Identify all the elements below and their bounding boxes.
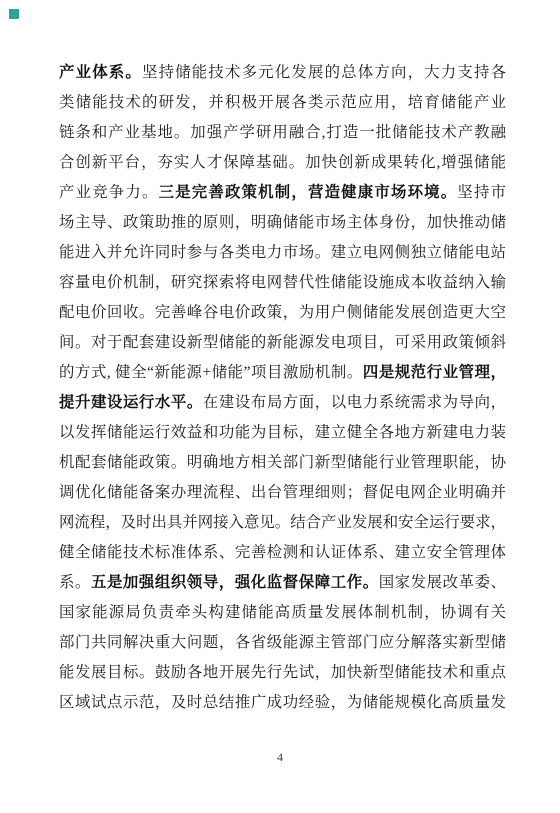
text-line: 提升建设运行水平。在建设布局方面，以电力系统需求为导向， xyxy=(59,388,506,418)
corner-mark xyxy=(9,9,19,19)
text-segment: 区域试点示范，及时总结推广成功经验，为储能规模化高质量发 xyxy=(59,694,506,711)
text-line: 机配套储能政策。明确地方相关部门新型储能行业管理职能，协 xyxy=(59,448,506,478)
text-segment: 的方式, 健全“新能源+储能”项目激励机制。 xyxy=(59,364,363,381)
text-segment: 在建设布局方面，以电力系统需求为导向， xyxy=(203,394,506,411)
text-segment: 配电价回收。完善峰谷电价政策，为用户侧储能发展创造更大空 xyxy=(59,304,506,321)
text-line: 区域试点示范，及时总结推广成功经验，为储能规模化高质量发 xyxy=(59,688,506,718)
text-segment: 类储能技术的研发，并积极开展各类示范应用，培育储能产业 xyxy=(59,94,506,111)
text-segment: 健全储能技术标准体系、完善检测和认证体系、建立安全管理体 xyxy=(59,544,506,561)
text-segment: 合创新平台，夯实人才保障基础。加快创新成果转化,增强储能 xyxy=(59,154,506,171)
text-line: 合创新平台，夯实人才保障基础。加快创新成果转化,增强储能 xyxy=(59,148,506,178)
text-segment: 国家能源局负责牵头构建储能高质量发展体制机制，协调有关 xyxy=(59,604,506,621)
text-segment-bold: 产业体系。 xyxy=(59,64,142,81)
text-segment-bold: 五是加强组织领导，强化监督保障工作。 xyxy=(91,574,379,591)
text-segment: 坚持储能技术多元化发展的总体方向，大力支持各 xyxy=(142,64,506,81)
text-line: 间。对于配套建设新型储能的新能源发电项目，可采用政策倾斜 xyxy=(59,328,506,358)
text-line: 以发挥储能运行效益和功能为目标，建立健全各地方新建电力装 xyxy=(59,418,506,448)
text-line: 容量电价机制，研究探索将电网替代性储能设施成本收益纳入输 xyxy=(59,268,506,298)
text-segment: 能发展目标。鼓励各地开展先行先试，加快新型储能技术和重点 xyxy=(59,664,506,681)
text-line: 的方式, 健全“新能源+储能”项目激励机制。四是规范行业管理， xyxy=(59,358,506,388)
text-line: 场主导、政策助推的原则，明确储能市场主体身份，加快推动储 xyxy=(59,208,506,238)
text-segment: 能进入并允许同时参与各类电力市场。建立电网侧独立储能电站 xyxy=(59,244,506,261)
text-line: 健全储能技术标准体系、完善检测和认证体系、建立安全管理体 xyxy=(59,538,506,568)
text-segment: 链条和产业基地。加强产学研用融合,打造一批储能技术产教融 xyxy=(59,124,506,141)
text-segment: 坚持市 xyxy=(457,184,506,201)
text-line: 产业体系。坚持储能技术多元化发展的总体方向，大力支持各 xyxy=(59,58,506,88)
text-segment: 部门共同解决重大问题，各省级能源主管部门应分解落实新型储 xyxy=(59,634,506,651)
body-text: 产业体系。坚持储能技术多元化发展的总体方向，大力支持各类储能技术的研发，并积极开… xyxy=(59,58,506,718)
text-line: 网流程，及时出具并网接入意见。结合产业发展和安全运行要求， xyxy=(59,508,506,538)
text-segment: 网流程，及时出具并网接入意见。结合产业发展和安全运行要求， xyxy=(59,514,506,531)
text-segment-bold: 提升建设运行水平。 xyxy=(59,394,203,411)
text-line: 类储能技术的研发，并积极开展各类示范应用，培育储能产业 xyxy=(59,88,506,118)
text-segment: 产业竞争力。 xyxy=(59,184,159,201)
text-line: 系。五是加强组织领导，强化监督保障工作。国家发展改革委、 xyxy=(59,568,506,598)
document-page: 产业体系。坚持储能技术多元化发展的总体方向，大力支持各类储能技术的研发，并积极开… xyxy=(0,0,560,813)
text-line: 链条和产业基地。加强产学研用融合,打造一批储能技术产教融 xyxy=(59,118,506,148)
page-number: 4 xyxy=(0,750,560,765)
text-segment: 间。对于配套建设新型储能的新能源发电项目，可采用政策倾斜 xyxy=(59,334,506,351)
text-line: 产业竞争力。三是完善政策机制，营造健康市场环境。坚持市 xyxy=(59,178,506,208)
text-segment-bold: 四是规范行业管理， xyxy=(363,364,506,381)
text-line: 能发展目标。鼓励各地开展先行先试，加快新型储能技术和重点 xyxy=(59,658,506,688)
text-segment-bold: 三是完善政策机制，营造健康市场环境。 xyxy=(159,184,458,201)
text-segment: 机配套储能政策。明确地方相关部门新型储能行业管理职能，协 xyxy=(59,454,506,471)
text-segment: 系。 xyxy=(59,574,91,591)
text-segment: 容量电价机制，研究探索将电网替代性储能设施成本收益纳入输 xyxy=(59,274,506,291)
text-segment: 国家发展改革委、 xyxy=(379,574,506,591)
text-line: 国家能源局负责牵头构建储能高质量发展体制机制，协调有关 xyxy=(59,598,506,628)
text-segment: 调优化储能备案办理流程、出台管理细则；督促电网企业明确并 xyxy=(59,484,506,501)
text-segment: 场主导、政策助推的原则，明确储能市场主体身份，加快推动储 xyxy=(59,214,506,231)
text-line: 调优化储能备案办理流程、出台管理细则；督促电网企业明确并 xyxy=(59,478,506,508)
text-segment: 以发挥储能运行效益和功能为目标，建立健全各地方新建电力装 xyxy=(59,424,506,441)
text-line: 部门共同解决重大问题，各省级能源主管部门应分解落实新型储 xyxy=(59,628,506,658)
text-line: 能进入并允许同时参与各类电力市场。建立电网侧独立储能电站 xyxy=(59,238,506,268)
text-line: 配电价回收。完善峰谷电价政策，为用户侧储能发展创造更大空 xyxy=(59,298,506,328)
